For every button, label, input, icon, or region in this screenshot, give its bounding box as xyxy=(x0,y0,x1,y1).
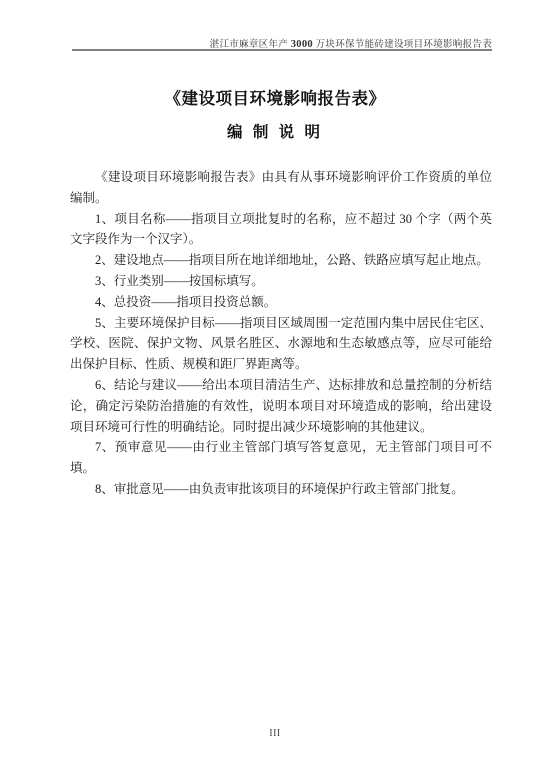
paragraph-item-5: 5、主要环境保护目标——指项目区域周围一定范围内集中居民住宅区、学校、医院、保护… xyxy=(70,313,492,375)
running-header: 湛江市麻章区年产 3000 万块环保节能砖建设项目环境影响报告表 xyxy=(72,36,492,50)
paragraph-item-4: 4、总投资——指项目投资总额。 xyxy=(70,292,492,313)
document-page: 湛江市麻章区年产 3000 万块环保节能砖建设项目环境影响报告表 《建设项目环境… xyxy=(0,0,550,778)
paragraph-item-3: 3、行业类别——按国标填写。 xyxy=(70,271,492,292)
page-subtitle: 编 制 说 明 xyxy=(0,120,550,142)
paragraph-item-2: 2、建设地点——指项目所在地详细地址，公路、铁路应填写起止地点。 xyxy=(70,250,492,271)
paragraph-item-8: 8、审批意见——由负责审批该项目的环境保护行政主管部门批复。 xyxy=(70,479,492,500)
page-number: III xyxy=(0,728,550,739)
paragraph-item-1: 1、项目名称——指项目立项批复时的名称，应不超过 30 个字（两个英文字段作为一… xyxy=(70,209,492,251)
paragraph-intro: 《建设项目环境影响报告表》由具有从事环境影响评价工作资质的单位编制。 xyxy=(70,167,492,209)
page-title: 《建设项目环境影响报告表》 xyxy=(0,85,550,109)
header-rule xyxy=(72,49,492,51)
paragraph-item-7: 7、预审意见——由行业主管部门填写答复意见，无主管部门项目可不填。 xyxy=(70,437,492,479)
paragraph-item-6: 6、结论与建议——给出本项目清洁生产、达标排放和总量控制的分析结论，确定污染防治… xyxy=(70,375,492,437)
document-body: 《建设项目环境影响报告表》由具有从事环境影响评价工作资质的单位编制。 1、项目名… xyxy=(70,167,492,500)
